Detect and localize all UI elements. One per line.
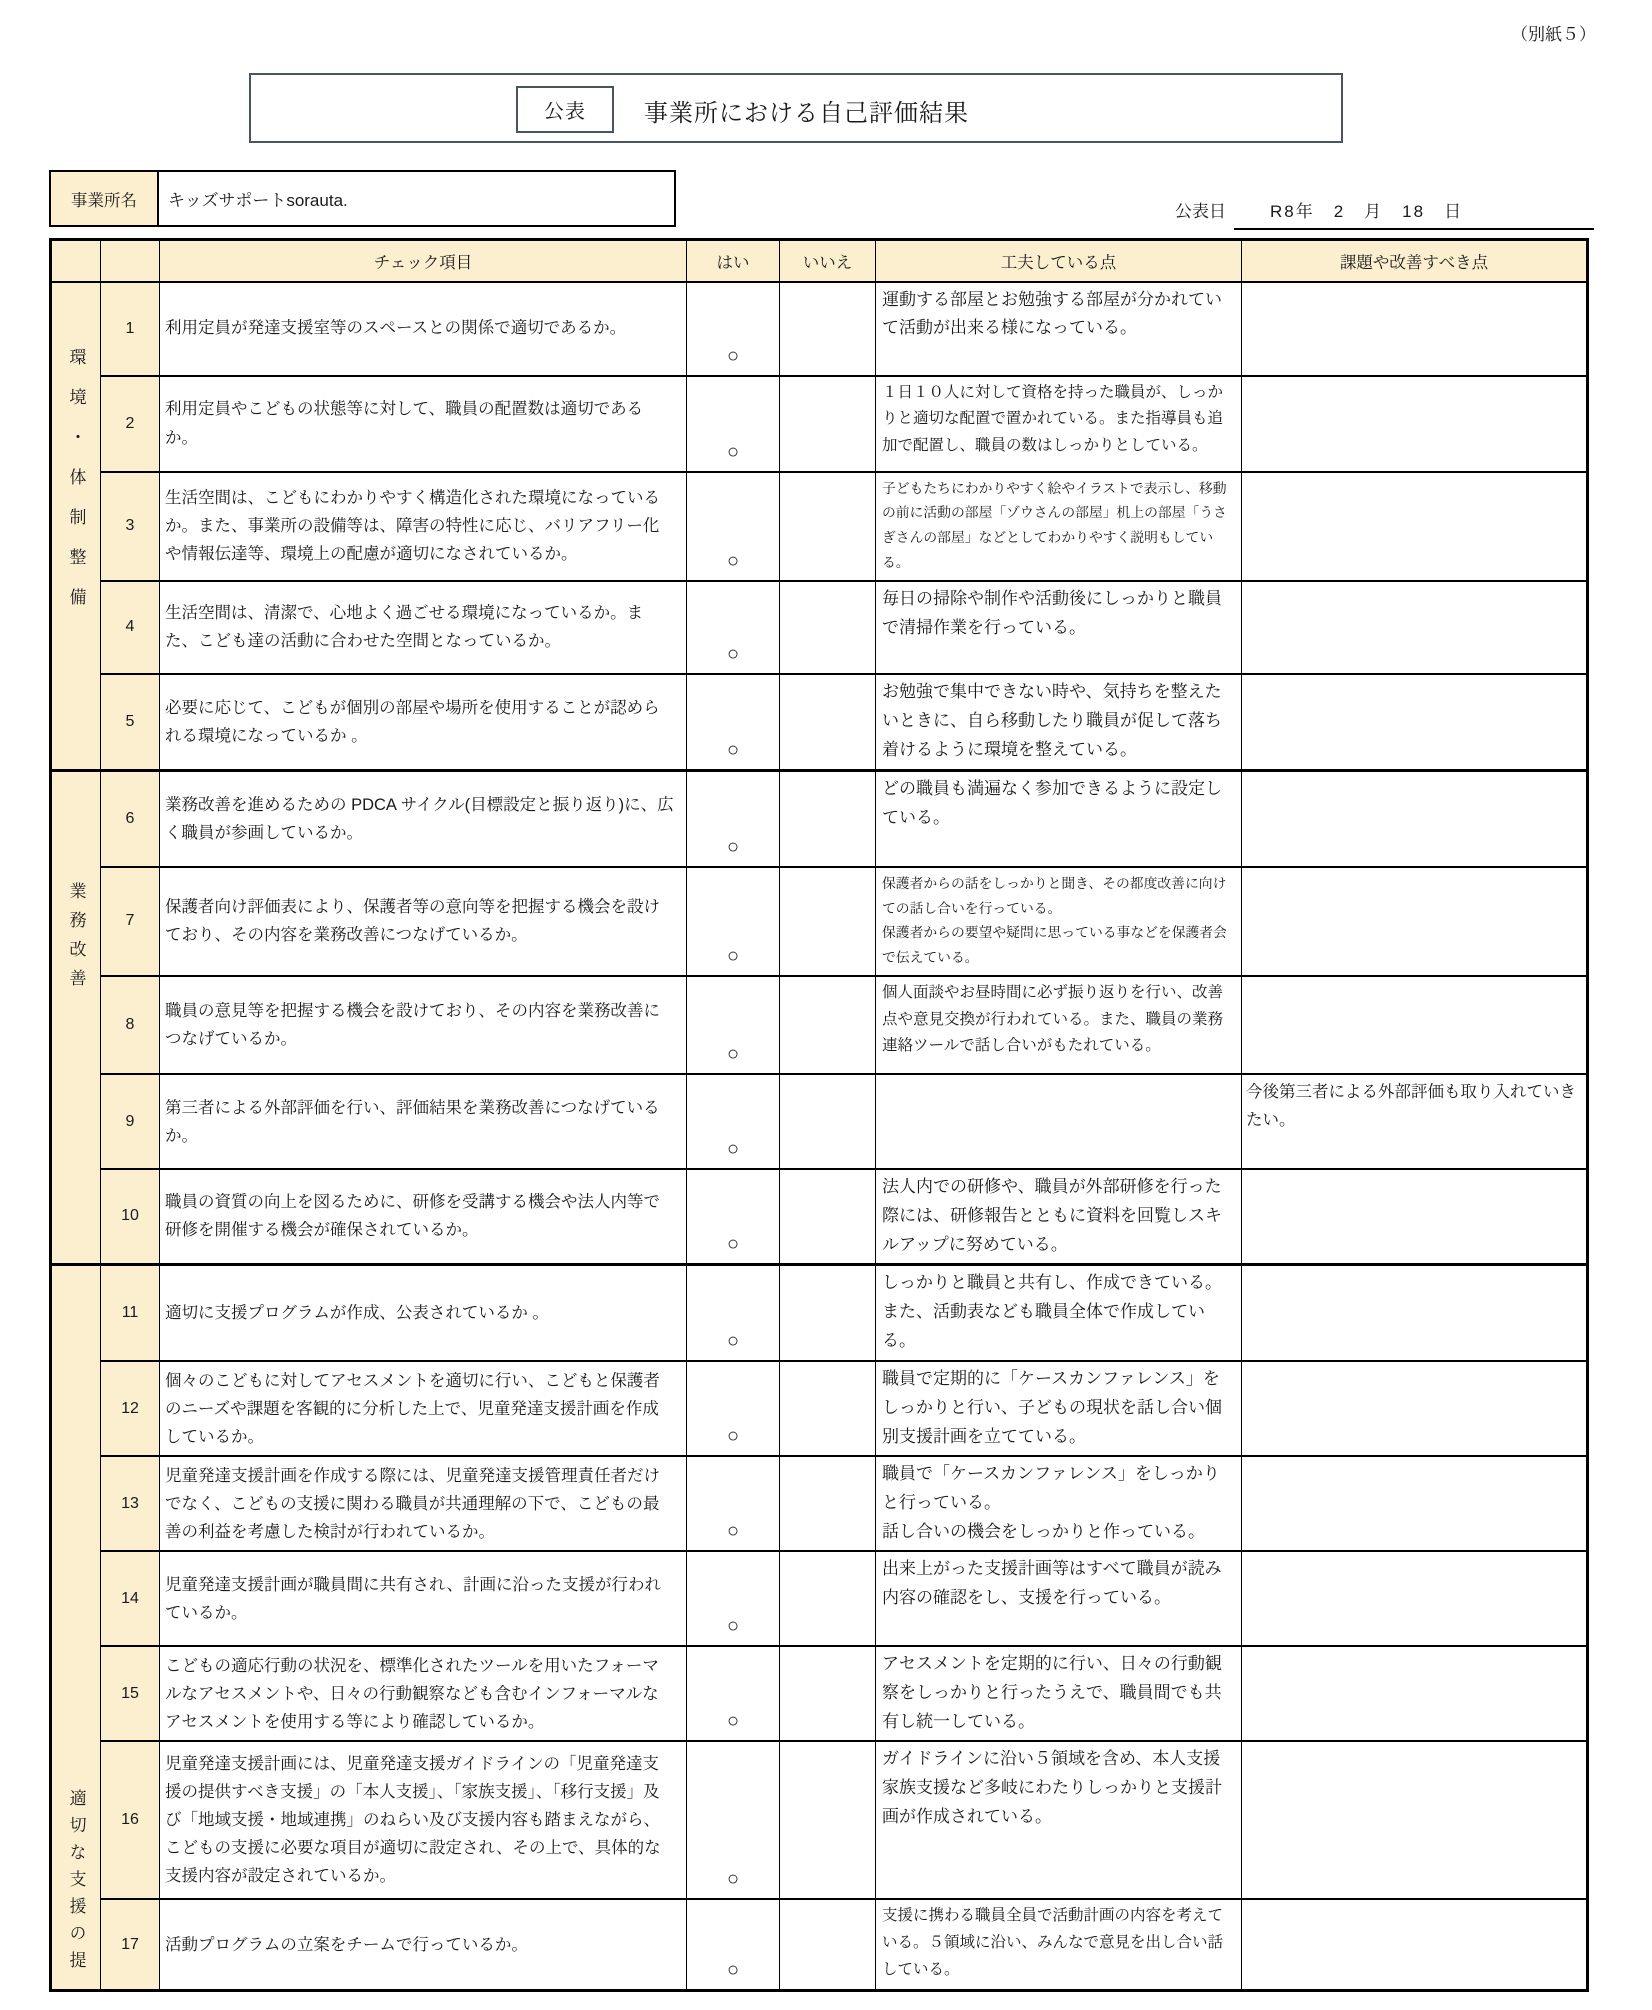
kadai-cell [1242,1551,1588,1646]
yes-cell: ○ [687,976,780,1074]
no-cell [780,1646,876,1741]
category-tekisetsu-shien: 適切な支援の提 [51,1264,101,1990]
kufuu-cell: 支援に携わる職員全員で活動計画の内容を考えている。５領域に沿い、みんなで意見を出… [876,1899,1242,1990]
check-item-cell: 必要に応じて、こどもが個別の部屋や場所を使用することが認められる環境になっている… [160,674,687,771]
header-kufuu: 工夫している点 [876,240,1242,282]
row-number: 9 [101,1074,160,1169]
yes-cell: ○ [687,1646,780,1741]
table-row: 8 職員の意見等を把握する機会を設けており、その内容を業務改善につなげているか。… [51,976,1588,1074]
check-item-cell: 活動プログラムの立案をチームで行っているか。 [160,1899,687,1990]
check-item-cell: 適切に支援プログラムが作成、公表されているか 。 [160,1264,687,1361]
table-header-row: チェック項目 はい いいえ 工夫している点 課題や改善すべき点 [51,240,1588,282]
row-number: 13 [101,1456,160,1551]
kadai-cell [1242,1741,1588,1899]
row-number: 8 [101,976,160,1074]
header-yes: はい [687,240,780,282]
kufuu-cell: 職員で「ケースカンファレンス」をしっかりと行っている。 話し合いの機会をしっかり… [876,1456,1242,1551]
row-number: 1 [101,282,160,376]
no-cell [780,771,876,867]
table-row: 9 第三者による外部評価を行い、評価結果を業務改善につなげているか。 ○ 今後第… [51,1074,1588,1169]
yes-cell: ○ [687,1741,780,1899]
page-title: 事業所における自己評価結果 [644,75,969,145]
no-cell [780,1456,876,1551]
no-cell [780,1264,876,1361]
kohyo-badge: 公表 [516,86,614,133]
row-number: 3 [101,472,160,581]
check-item-cell: 児童発達支援計画が職員間に共有され、計画に沿った支援が行われているか。 [160,1551,687,1646]
no-cell [780,674,876,771]
yes-cell: ○ [687,376,780,472]
row-number: 4 [101,581,160,674]
check-item-cell: 職員の意見等を把握する機会を設けており、その内容を業務改善につなげているか。 [160,976,687,1074]
title-box: 公表 事業所における自己評価結果 [249,73,1343,143]
kadai-cell [1242,1456,1588,1551]
table-row: 12 個々のこどもに対してアセスメントを適切に行い、こどもと保護者のニーズや課題… [51,1361,1588,1456]
table-row: 4 生活空間は、清潔で、心地よく過ごせる環境になっているか。また、こども達の活動… [51,581,1588,674]
office-name-value: キッズサポートsorauta. [159,172,674,225]
no-cell [780,1551,876,1646]
row-number: 7 [101,867,160,976]
publication-date-value: R8年 2 月 18 日 [1234,197,1594,230]
table-row: 3 生活空間は、こどもにわかりやすく構造化された環境になっているか。また、事業所… [51,472,1588,581]
yes-cell: ○ [687,1074,780,1169]
yes-cell: ○ [687,1361,780,1456]
no-cell [780,1741,876,1899]
row-number: 11 [101,1264,160,1361]
row-number: 14 [101,1551,160,1646]
category-gyomu-kaizen: 業務改善 [51,771,101,1264]
kadai-cell: 今後第三者による外部評価も取り入れていきたい。 [1242,1074,1588,1169]
yes-cell: ○ [687,282,780,376]
header-check-item: チェック項目 [160,240,687,282]
table-row: 7 保護者向け評価表により、保護者等の意向等を把握する機会を設けており、その内容… [51,867,1588,976]
self-evaluation-table: チェック項目 はい いいえ 工夫している点 課題や改善すべき点 環境・体制整備 … [49,238,1589,1992]
yes-cell: ○ [687,771,780,867]
kufuu-cell: 出来上がった支援計画等はすべて職員が読み内容の確認をし、支援を行っている。 [876,1551,1242,1646]
kufuu-cell: どの職員も満遍なく参加できるように設定している。 [876,771,1242,867]
kufuu-cell: ガイドラインに沿い５領域を含め、本人支援家族支援など多岐にわたりしっかりと支援計… [876,1741,1242,1899]
table-row: 2 利用定員やこどもの状態等に対して、職員の配置数は適切であるか。 ○ １日１０… [51,376,1588,472]
table-row: 適切な支援の提 11 適切に支援プログラムが作成、公表されているか 。 ○ しっ… [51,1264,1588,1361]
yes-cell: ○ [687,581,780,674]
row-number: 5 [101,674,160,771]
kadai-cell [1242,771,1588,867]
table-row: 業務改善 6 業務改善を進めるための PDCA サイクル(目標設定と振り返り)に… [51,771,1588,867]
table-row: 環境・体制整備 1 利用定員が発達支援室等のスペースとの関係で適切であるか。 ○… [51,282,1588,376]
no-cell [780,1899,876,1990]
publication-date-label: 公表日 [1175,197,1226,222]
kufuu-cell: 法人内での研修や、職員が外部研修を行った際には、研修報告とともに資料を回覧しスキ… [876,1169,1242,1264]
yes-cell: ○ [687,1456,780,1551]
kadai-cell [1242,867,1588,976]
no-cell [780,581,876,674]
check-item-cell: こどもの適応行動の状況を、標準化されたツールを用いたフォーマルなアセスメントや、… [160,1646,687,1741]
kufuu-cell: 毎日の掃除や制作や活動後にしっかりと職員で清掃作業を行っている。 [876,581,1242,674]
kadai-cell [1242,1899,1588,1990]
kufuu-cell: アセスメントを定期的に行い、日々の行動観察をしっかりと行ったうえで、職員間でも共… [876,1646,1242,1741]
check-item-cell: 児童発達支援計画を作成する際には、児童発達支援管理責任者だけでなく、こどもの支援… [160,1456,687,1551]
kadai-cell [1242,1169,1588,1264]
kadai-cell [1242,282,1588,376]
kadai-cell [1242,472,1588,581]
table-row: 5 必要に応じて、こどもが個別の部屋や場所を使用することが認められる環境になって… [51,674,1588,771]
header-kadai: 課題や改善すべき点 [1242,240,1588,282]
check-item-cell: 利用定員が発達支援室等のスペースとの関係で適切であるか。 [160,282,687,376]
row-number: 12 [101,1361,160,1456]
check-item-cell: 生活空間は、清潔で、心地よく過ごせる環境になっているか。また、こども達の活動に合… [160,581,687,674]
header-number-cell [101,240,160,282]
table-row: 17 活動プログラムの立案をチームで行っているか。 ○ 支援に携わる職員全員で活… [51,1899,1588,1990]
kufuu-cell: しっかりと職員と共有し、作成できている。また、活動表なども職員全体で作成している… [876,1264,1242,1361]
row-number: 15 [101,1646,160,1741]
check-item-cell: 生活空間は、こどもにわかりやすく構造化された環境になっているか。また、事業所の設… [160,472,687,581]
check-item-cell: 児童発達支援計画には、児童発達支援ガイドラインの「児童発達支援の提供すべき支援」… [160,1741,687,1899]
kufuu-cell: 保護者からの話をしっかりと聞き、その都度改善に向けての話し合いを行っている。 保… [876,867,1242,976]
no-cell [780,472,876,581]
table-row: 10 職員の資質の向上を図るために、研修を受講する機会や法人内等で研修を開催する… [51,1169,1588,1264]
yes-cell: ○ [687,472,780,581]
header-no: いいえ [780,240,876,282]
kufuu-cell: 職員で定期的に「ケースカンファレンス」をしっかりと行い、子どもの現状を話し合い個… [876,1361,1242,1456]
row-number: 6 [101,771,160,867]
kadai-cell [1242,581,1588,674]
check-item-cell: 個々のこどもに対してアセスメントを適切に行い、こどもと保護者のニーズや課題を客観… [160,1361,687,1456]
kadai-cell [1242,376,1588,472]
row-number: 16 [101,1741,160,1899]
office-name-box: 事業所名 キッズサポートsorauta. [49,170,676,227]
no-cell [780,282,876,376]
yes-cell: ○ [687,1899,780,1990]
kadai-cell [1242,976,1588,1074]
no-cell [780,976,876,1074]
kufuu-cell: 運動する部屋とお勉強する部屋が分かれていて活動が出来る様になっている。 [876,282,1242,376]
row-number: 17 [101,1899,160,1990]
office-name-label: 事業所名 [51,172,159,225]
no-cell [780,1361,876,1456]
yes-cell: ○ [687,1551,780,1646]
yes-cell: ○ [687,1264,780,1361]
no-cell [780,1169,876,1264]
category-environment: 環境・体制整備 [51,282,101,771]
kufuu-cell: 子どもたちにわかりやすく絵やイラストで表示し、移動の前に活動の部屋「ゾウさんの部… [876,472,1242,581]
check-item-cell: 第三者による外部評価を行い、評価結果を業務改善につなげているか。 [160,1074,687,1169]
yes-cell: ○ [687,1169,780,1264]
kadai-cell [1242,674,1588,771]
no-cell [780,376,876,472]
check-item-cell: 職員の資質の向上を図るために、研修を受講する機会や法人内等で研修を開催する機会が… [160,1169,687,1264]
row-number: 10 [101,1169,160,1264]
table-row: 15 こどもの適応行動の状況を、標準化されたツールを用いたフォーマルなアセスメン… [51,1646,1588,1741]
yes-cell: ○ [687,867,780,976]
publication-date: 公表日R8年 2 月 18 日 [1175,197,1594,230]
kufuu-cell: 個人面談やお昼時間に必ず振り返りを行い、改善点や意見交換が行われている。また、職… [876,976,1242,1074]
header-category-cell [51,240,101,282]
check-item-cell: 保護者向け評価表により、保護者等の意向等を把握する機会を設けており、その内容を業… [160,867,687,976]
kadai-cell [1242,1361,1588,1456]
check-item-cell: 業務改善を進めるための PDCA サイクル(目標設定と振り返り)に、広く職員が参… [160,771,687,867]
yes-cell: ○ [687,674,780,771]
no-cell [780,1074,876,1169]
table-row: 13 児童発達支援計画を作成する際には、児童発達支援管理責任者だけでなく、こども… [51,1456,1588,1551]
kufuu-cell: お勉強で集中できない時や、気持ちを整えたいときに、自ら移動したり職員が促して落ち… [876,674,1242,771]
attachment-label: （別紙５） [1511,20,1596,45]
check-item-cell: 利用定員やこどもの状態等に対して、職員の配置数は適切であるか。 [160,376,687,472]
kadai-cell [1242,1646,1588,1741]
table-row: 14 児童発達支援計画が職員間に共有され、計画に沿った支援が行われているか。 ○… [51,1551,1588,1646]
kufuu-cell: １日１０人に対して資格を持った職員が、しっかりと適切な配置で置かれている。また指… [876,376,1242,472]
no-cell [780,867,876,976]
row-number: 2 [101,376,160,472]
table-row: 16 児童発達支援計画には、児童発達支援ガイドラインの「児童発達支援の提供すべき… [51,1741,1588,1899]
kadai-cell [1242,1264,1588,1361]
kufuu-cell [876,1074,1242,1169]
